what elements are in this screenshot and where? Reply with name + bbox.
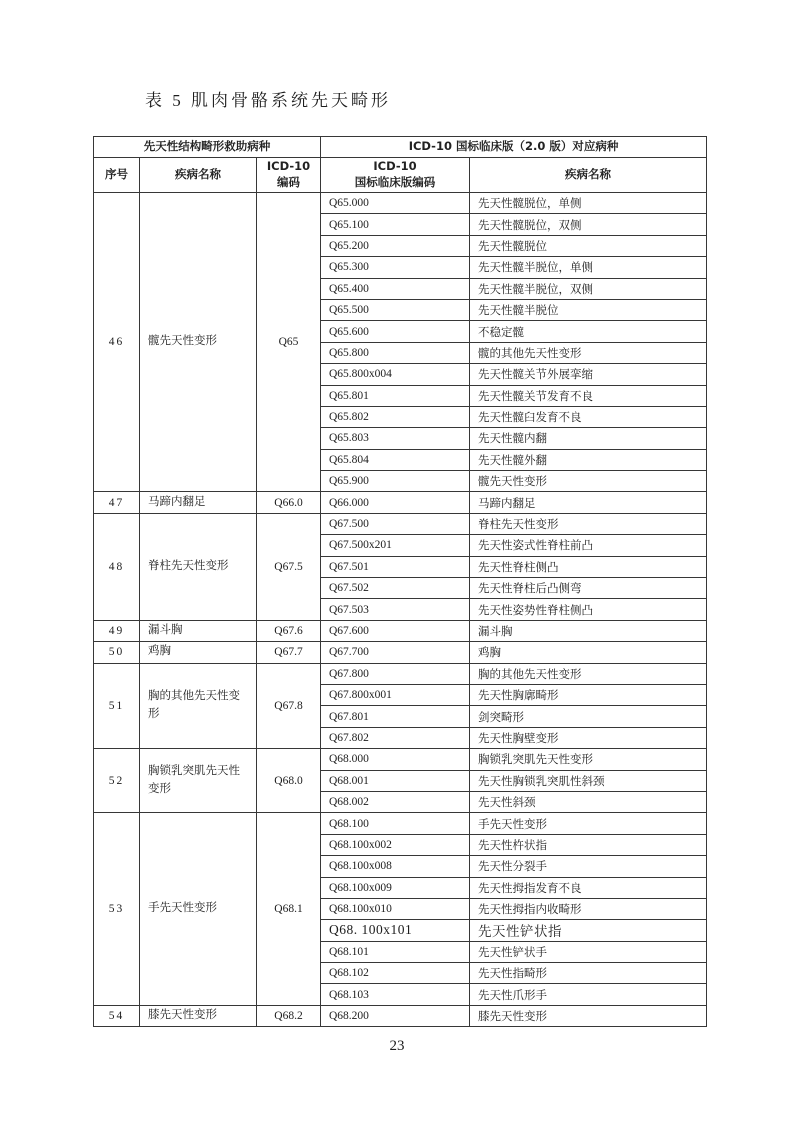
seq-cell: 51 [94, 663, 140, 749]
seq-cell: 52 [94, 749, 140, 813]
clinical-disease-name-cell: 鸡胸 [470, 642, 707, 663]
clinical-code-cell: Q67.502 [321, 578, 470, 599]
clinical-code-cell: Q67.500 [321, 513, 470, 534]
clinical-code-cell: Q65.100 [321, 214, 470, 235]
header-icd-code-line2: 编码 [277, 175, 300, 189]
icd-code-cell: Q67.6 [257, 620, 321, 641]
clinical-code-cell: Q68.100x002 [321, 834, 470, 855]
clinical-disease-name-cell: 胸锁乳突肌先天性变形 [470, 749, 707, 770]
clinical-disease-name-cell: 先天性髋半脱位，双侧 [470, 278, 707, 299]
clinical-code-cell: Q68.100 [321, 813, 470, 834]
clinical-disease-name-cell: 先天性髋半脱位，单侧 [470, 257, 707, 278]
clinical-code-cell: Q68.100x009 [321, 877, 470, 898]
clinical-disease-name-cell: 脊柱先天性变形 [470, 513, 707, 534]
header-seq-column: 序号 [94, 158, 140, 193]
clinical-code-cell: Q67.503 [321, 599, 470, 620]
clinical-disease-name-cell: 先天性髋内翻 [470, 428, 707, 449]
clinical-code-cell: Q67.700 [321, 642, 470, 663]
clinical-code-cell: Q68.100x010 [321, 898, 470, 919]
header-clinical-disease-name-column: 疾病名称 [470, 158, 707, 193]
clinical-code-cell: Q65.802 [321, 406, 470, 427]
page-title: 表 5 肌肉骨骼系统先天畸形 [145, 86, 391, 111]
clinical-code-cell: Q67.802 [321, 727, 470, 748]
table-row: 53手先天性变形Q68.1Q68.100手先天性变形 [94, 813, 707, 834]
clinical-disease-name-cell: 先天性爪形手 [470, 984, 707, 1005]
clinical-code-cell: Q67.801 [321, 706, 470, 727]
rescue-disease-name-cell: 脊柱先天性变形 [140, 513, 257, 620]
icd-code-cell: Q67.8 [257, 663, 321, 749]
clinical-disease-name-cell: 先天性脊柱侧凸 [470, 556, 707, 577]
clinical-disease-name-cell: 先天性指畸形 [470, 963, 707, 984]
clinical-disease-name-cell: 先天性铲状指 [470, 920, 707, 941]
clinical-disease-name-cell: 先天性胸廓畸形 [470, 684, 707, 705]
clinical-code-cell: Q65.500 [321, 299, 470, 320]
clinical-disease-name-cell: 先天性脊柱后凸侧弯 [470, 578, 707, 599]
clinical-code-cell: Q68.001 [321, 770, 470, 791]
clinical-disease-name-cell: 先天性胸壁变形 [470, 727, 707, 748]
clinical-code-cell: Q65.400 [321, 278, 470, 299]
clinical-code-cell: Q67.800 [321, 663, 470, 684]
clinical-disease-name-cell: 先天性髋关节发育不良 [470, 385, 707, 406]
clinical-code-cell: Q68.002 [321, 791, 470, 812]
table-row: 50鸡胸Q67.7Q67.700鸡胸 [94, 642, 707, 663]
table-row: 54膝先天性变形Q68.2Q68.200膝先天性变形 [94, 1005, 707, 1026]
clinical-disease-name-cell: 先天性髋关节外展挛缩 [470, 364, 707, 385]
seq-cell: 49 [94, 620, 140, 641]
icd-code-cell: Q68.1 [257, 813, 321, 1006]
icd-code-cell: Q66.0 [257, 492, 321, 513]
clinical-disease-name-cell: 先天性斜颈 [470, 791, 707, 812]
icd-mapping-table: 先天性结构畸形救助病种 ICD-10 国标临床版（2.0 版）对应病种 序号 疾… [93, 136, 707, 1027]
header-clinical-code-line1: ICD-10 [373, 159, 416, 173]
header-clinical-code-line2: 国标临床版编码 [355, 175, 436, 189]
header-icd10-clinical-group: ICD-10 国标临床版（2.0 版）对应病种 [321, 137, 707, 158]
rescue-disease-name-cell: 鸡胸 [140, 642, 257, 663]
clinical-disease-name-cell: 先天性髋脱位，单侧 [470, 193, 707, 214]
clinical-disease-name-cell: 先天性胸锁乳突肌性斜颈 [470, 770, 707, 791]
clinical-disease-name-cell: 膝先天性变形 [470, 1005, 707, 1026]
clinical-disease-name-cell: 手先天性变形 [470, 813, 707, 834]
clinical-disease-name-cell: 先天性铲状手 [470, 941, 707, 962]
table-row: 51胸的其他先天性变形Q67.8Q67.800胸的其他先天性变形 [94, 663, 707, 684]
clinical-code-cell: Q67.501 [321, 556, 470, 577]
clinical-code-cell: Q68.101 [321, 941, 470, 962]
table-body: 46髋先天性变形Q65Q65.000先天性髋脱位，单侧Q65.100先天性髋脱位… [94, 193, 707, 1027]
seq-cell: 53 [94, 813, 140, 1006]
table-row: 46髋先天性变形Q65Q65.000先天性髋脱位，单侧 [94, 193, 707, 214]
clinical-disease-name-cell: 胸的其他先天性变形 [470, 663, 707, 684]
clinical-code-cell: Q65.600 [321, 321, 470, 342]
clinical-code-cell: Q65.804 [321, 449, 470, 470]
clinical-disease-name-cell: 先天性姿势性脊柱侧凸 [470, 599, 707, 620]
header-columns-row: 序号 疾病名称 ICD-10 编码 ICD-10 国标临床版编码 疾病名称 [94, 158, 707, 193]
rescue-disease-name-cell: 手先天性变形 [140, 813, 257, 1006]
table-row: 47马蹄内翻足Q66.0Q66.000马蹄内翻足 [94, 492, 707, 513]
clinical-disease-name-cell: 先天性髋外翻 [470, 449, 707, 470]
clinical-code-cell: Q65.200 [321, 235, 470, 256]
clinical-code-cell: Q66.000 [321, 492, 470, 513]
seq-cell: 48 [94, 513, 140, 620]
page-number: 23 [0, 1038, 794, 1055]
clinical-disease-name-cell: 先天性拇指内收畸形 [470, 898, 707, 919]
clinical-code-cell: Q65.801 [321, 385, 470, 406]
header-disease-name-column: 疾病名称 [140, 158, 257, 193]
icd-code-cell: Q67.7 [257, 642, 321, 663]
table-row: 52胸锁乳突肌先天性变形Q68.0Q68.000胸锁乳突肌先天性变形 [94, 749, 707, 770]
rescue-disease-name-cell: 膝先天性变形 [140, 1005, 257, 1026]
seq-cell: 50 [94, 642, 140, 663]
clinical-code-cell: Q68.103 [321, 984, 470, 1005]
icd-code-cell: Q68.2 [257, 1005, 321, 1026]
clinical-code-cell: Q68.000 [321, 749, 470, 770]
seq-cell: 47 [94, 492, 140, 513]
seq-cell: 54 [94, 1005, 140, 1026]
rescue-disease-name-cell: 胸锁乳突肌先天性变形 [140, 749, 257, 813]
clinical-disease-name-cell: 先天性髋臼发育不良 [470, 406, 707, 427]
clinical-code-cell: Q68. 100x101 [321, 920, 470, 941]
clinical-code-cell: Q68.100x008 [321, 856, 470, 877]
seq-cell: 46 [94, 193, 140, 492]
clinical-disease-name-cell: 漏斗胸 [470, 620, 707, 641]
header-clinical-code-column: ICD-10 国标临床版编码 [321, 158, 470, 193]
document-page: 表 5 肌肉骨骼系统先天畸形 先天性结构畸形救助病种 ICD-10 国标临床版（… [0, 0, 794, 1123]
rescue-disease-name-cell: 漏斗胸 [140, 620, 257, 641]
clinical-disease-name-cell: 髋先天性变形 [470, 471, 707, 492]
clinical-disease-name-cell: 先天性髋脱位，双侧 [470, 214, 707, 235]
clinical-code-cell: Q67.800x001 [321, 684, 470, 705]
clinical-code-cell: Q65.803 [321, 428, 470, 449]
header-icd-code-column: ICD-10 编码 [257, 158, 321, 193]
clinical-disease-name-cell: 髋的其他先天性变形 [470, 342, 707, 363]
clinical-disease-name-cell: 先天性拇指发育不良 [470, 877, 707, 898]
clinical-code-cell: Q65.900 [321, 471, 470, 492]
header-rescue-diseases-group: 先天性结构畸形救助病种 [94, 137, 321, 158]
clinical-code-cell: Q68.200 [321, 1005, 470, 1026]
clinical-code-cell: Q67.500x201 [321, 535, 470, 556]
clinical-disease-name-cell: 先天性姿式性脊柱前凸 [470, 535, 707, 556]
clinical-disease-name-cell: 先天性分裂手 [470, 856, 707, 877]
clinical-code-cell: Q65.300 [321, 257, 470, 278]
clinical-disease-name-cell: 不稳定髋 [470, 321, 707, 342]
clinical-code-cell: Q68.102 [321, 963, 470, 984]
clinical-disease-name-cell: 马蹄内翻足 [470, 492, 707, 513]
header-icd-code-line1: ICD-10 [267, 159, 310, 173]
table-row: 49漏斗胸Q67.6Q67.600漏斗胸 [94, 620, 707, 641]
clinical-disease-name-cell: 先天性杵状指 [470, 834, 707, 855]
icd-code-cell: Q67.5 [257, 513, 321, 620]
table-row: 48脊柱先天性变形Q67.5Q67.500脊柱先天性变形 [94, 513, 707, 534]
clinical-disease-name-cell: 先天性髋脱位 [470, 235, 707, 256]
clinical-code-cell: Q65.800x004 [321, 364, 470, 385]
clinical-disease-name-cell: 先天性髋半脱位 [470, 299, 707, 320]
rescue-disease-name-cell: 髋先天性变形 [140, 193, 257, 492]
table-header: 先天性结构畸形救助病种 ICD-10 国标临床版（2.0 版）对应病种 序号 疾… [94, 137, 707, 193]
icd-code-cell: Q65 [257, 193, 321, 492]
clinical-code-cell: Q65.800 [321, 342, 470, 363]
rescue-disease-name-cell: 马蹄内翻足 [140, 492, 257, 513]
icd-code-cell: Q68.0 [257, 749, 321, 813]
clinical-code-cell: Q65.000 [321, 193, 470, 214]
clinical-code-cell: Q67.600 [321, 620, 470, 641]
clinical-disease-name-cell: 剑突畸形 [470, 706, 707, 727]
rescue-disease-name-cell: 胸的其他先天性变形 [140, 663, 257, 749]
header-group-row: 先天性结构畸形救助病种 ICD-10 国标临床版（2.0 版）对应病种 [94, 137, 707, 158]
